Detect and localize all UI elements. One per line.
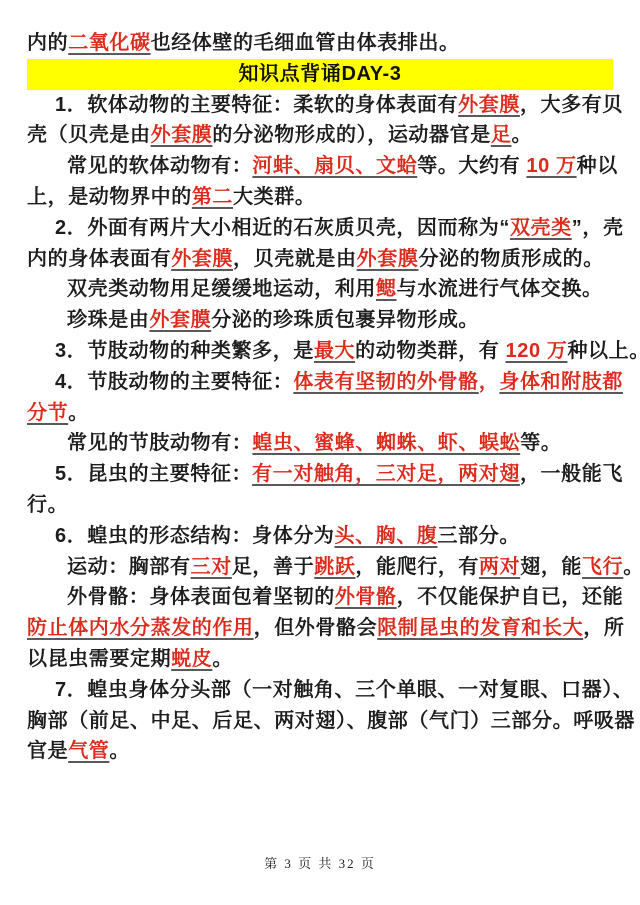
text-segment: 。 <box>623 556 640 578</box>
highlighted-term: 身体和附肢都 <box>499 371 623 393</box>
highlighted-term: 气管 <box>68 740 109 762</box>
highlighted-term: 蜕皮 <box>171 648 212 670</box>
text-segment: 。 <box>511 124 532 146</box>
highlighted-term: 二氧化碳 <box>68 32 150 54</box>
text-line: 双壳类动物用足缓缓地运动，利用鳃与水流进行气体交换。 <box>27 274 613 305</box>
text-segment: 珍珠是由 <box>67 309 149 331</box>
text-segment: 壳（贝壳是由 <box>27 124 151 146</box>
text-line: 胸部（前足、中足、后足、两对翅）、腹部（气门）三部分。呼吸器 <box>27 706 613 737</box>
highlighted-term: 体表有坚韧的外骨骼 <box>293 371 478 393</box>
text-segment: 。 <box>212 648 233 670</box>
text-segment: 3．节肢动物的种类繁多，是 <box>55 340 314 362</box>
heading-text: 知识点背诵DAY-3 <box>238 63 401 85</box>
section-heading: 知识点背诵DAY-3 <box>27 59 613 90</box>
highlighted-term: 10 万 <box>526 155 576 177</box>
highlighted-term: ， <box>479 371 500 393</box>
text-segment: 大类群。 <box>233 186 315 208</box>
text-segment: ，不仅能保护自已，还能 <box>397 586 624 608</box>
page-number: 第 3 页 共 32 页 <box>0 853 640 872</box>
text-segment: 1．软体动物的主要特征：柔软的身体表面有 <box>55 94 458 116</box>
text-segment: ，但外骨骼会 <box>254 617 378 639</box>
text-segment: ，一般能飞 <box>520 463 623 485</box>
text-segment: 种以 <box>577 155 618 177</box>
text-line: 上，是动物界中的第二大类群。 <box>27 182 613 213</box>
text-segment: 以昆虫需要定期 <box>27 648 171 670</box>
text-line: 行。 <box>27 490 613 521</box>
highlighted-term: 第二 <box>192 186 233 208</box>
text-line: 防止体内水分蒸发的作用，但外骨骼会限制昆虫的发育和长大，所 <box>27 613 613 644</box>
text-segment: 的分泌物形成的），运动器官是 <box>212 124 490 146</box>
highlighted-term: 外套膜 <box>458 94 520 116</box>
text-line: 壳（贝壳是由外套膜的分泌物形成的），运动器官是足。 <box>27 120 613 151</box>
highlighted-term: 外套膜 <box>149 309 211 331</box>
text-segment: 运动：胸部有 <box>67 556 191 578</box>
text-line: 6．蝗虫的形态结构：身体分为头、胸、腹三部分。 <box>27 521 613 552</box>
highlighted-term: 外套膜 <box>357 248 419 270</box>
highlighted-term: 最大 <box>314 340 355 362</box>
text-segment: 。 <box>109 740 130 762</box>
text-segment: 等。 <box>520 432 561 454</box>
text-segment: 7．蝗虫身体分头部（一对触角、三个单眼、一对复眼、口器）、 <box>55 679 634 701</box>
highlighted-term: 分节 <box>27 402 68 424</box>
text-segment: 分泌的物质形成的。 <box>418 248 603 270</box>
text-line: 5．昆虫的主要特征：有一对触角，三对足，两对翅，一般能飞 <box>27 459 613 490</box>
text-segment: 翅，能 <box>520 556 582 578</box>
text-line: 4．节肢动物的主要特征：体表有坚韧的外骨骼，身体和附肢都 <box>27 367 613 398</box>
text-segment: 双壳类动物用足缓缓地运动，利用 <box>67 278 376 300</box>
highlighted-term: 限制昆虫的发育和长大 <box>377 617 583 639</box>
text-line: 常见的节肢动物有：蝗虫、蜜蜂、蜘蛛、虾、蜈蚣等。 <box>27 428 613 459</box>
highlighted-term: 蝗虫、蜜蜂、蜘蛛、虾、蜈蚣 <box>252 432 520 454</box>
text-segment: 与水流进行气体交换。 <box>397 278 603 300</box>
highlighted-term: 河蚌、扇贝、文蛤 <box>252 155 417 177</box>
text-segment: 外骨骼：身体表面包着坚韧的 <box>67 586 335 608</box>
text-line: 内的二氧化碳也经体壁的毛细血管由体表排出。 <box>27 28 613 59</box>
text-segment: 5．昆虫的主要特征： <box>55 463 252 485</box>
text-line: 1．软体动物的主要特征：柔软的身体表面有外套膜，大多有贝 <box>27 90 613 121</box>
text-segment: 6．蝗虫的形态结构：身体分为 <box>55 525 335 547</box>
highlighted-term: 120 万 <box>506 340 568 362</box>
text-segment: 种以上。 <box>567 340 640 362</box>
text-segment: 常见的软体动物有： <box>67 155 252 177</box>
text-segment: 内的 <box>27 32 68 54</box>
text-segment: 上，是动物界中的 <box>27 186 192 208</box>
highlighted-term: 外骨骼 <box>335 586 397 608</box>
text-segment: 2．外面有两片大小相近的石灰质贝壳，因而称为“ <box>55 217 510 239</box>
highlighted-term: 足 <box>491 124 512 146</box>
text-line: 常见的软体动物有：河蚌、扇贝、文蛤等。大约有 10 万种以 <box>27 151 613 182</box>
highlighted-term: 外套膜 <box>171 248 233 270</box>
text-line: 运动：胸部有三对足，善于跳跃，能爬行，有两对翅，能飞行。 <box>27 552 613 583</box>
text-segment: ，能爬行，有 <box>355 556 479 578</box>
text-segment: ”，壳 <box>572 217 624 239</box>
highlighted-term: 头、胸、腹 <box>335 525 438 547</box>
highlighted-term: 鳃 <box>376 278 397 300</box>
document-lines: 内的二氧化碳也经体壁的毛细血管由体表排出。知识点背诵DAY-31．软体动物的主要… <box>27 28 613 767</box>
text-line: 3．节肢动物的种类繁多，是最大的动物类群，有 120 万种以上。 <box>27 336 613 367</box>
text-segment: 也经体壁的毛细血管由体表排出。 <box>151 32 460 54</box>
highlighted-term: 两对 <box>479 556 520 578</box>
highlighted-term: 双壳类 <box>510 217 572 239</box>
text-line: 珍珠是由外套膜分泌的珍珠质包裹异物形成。 <box>27 305 613 336</box>
text-segment: 的动物类群，有 <box>355 340 505 362</box>
text-segment: ，贝壳就是由 <box>233 248 357 270</box>
highlighted-term: 飞行 <box>582 556 623 578</box>
text-line: 官是气管。 <box>27 736 613 767</box>
text-segment: 。 <box>68 402 89 424</box>
text-segment: 足，善于 <box>232 556 314 578</box>
text-segment: ，大多有贝 <box>520 94 623 116</box>
text-segment: 等。大约有 <box>417 155 526 177</box>
highlighted-term: 跳跃 <box>314 556 355 578</box>
text-segment: 常见的节肢动物有： <box>67 432 252 454</box>
text-line: 以昆虫需要定期蜕皮。 <box>27 644 613 675</box>
text-segment: 分泌的珍珠质包裹异物形成。 <box>211 309 479 331</box>
highlighted-term: 三对 <box>191 556 232 578</box>
text-segment: 胸部（前足、中足、后足、两对翅）、腹部（气门）三部分。呼吸器 <box>27 710 635 732</box>
text-segment: 行。 <box>27 494 68 516</box>
text-line: 外骨骼：身体表面包着坚韧的外骨骼，不仅能保护自已，还能 <box>27 582 613 613</box>
text-line: 内的身体表面有外套膜，贝壳就是由外套膜分泌的物质形成的。 <box>27 244 613 275</box>
highlighted-term: 防止体内水分蒸发的作用 <box>27 617 254 639</box>
text-segment: ，所 <box>583 617 624 639</box>
highlighted-term: 外套膜 <box>151 124 213 146</box>
document-page: 内的二氧化碳也经体壁的毛细血管由体表排出。知识点背诵DAY-31．软体动物的主要… <box>0 0 640 905</box>
text-line: 2．外面有两片大小相近的石灰质贝壳，因而称为“双壳类”，壳 <box>27 213 613 244</box>
text-segment: 官是 <box>27 740 68 762</box>
text-segment: 4．节肢动物的主要特征： <box>55 371 293 393</box>
text-segment: 三部分。 <box>438 525 520 547</box>
highlighted-term: 有一对触角，三对足，两对翅 <box>252 463 520 485</box>
text-segment: 内的身体表面有 <box>27 248 171 270</box>
text-line: 7．蝗虫身体分头部（一对触角、三个单眼、一对复眼、口器）、 <box>27 675 613 706</box>
text-line: 分节。 <box>27 398 613 429</box>
